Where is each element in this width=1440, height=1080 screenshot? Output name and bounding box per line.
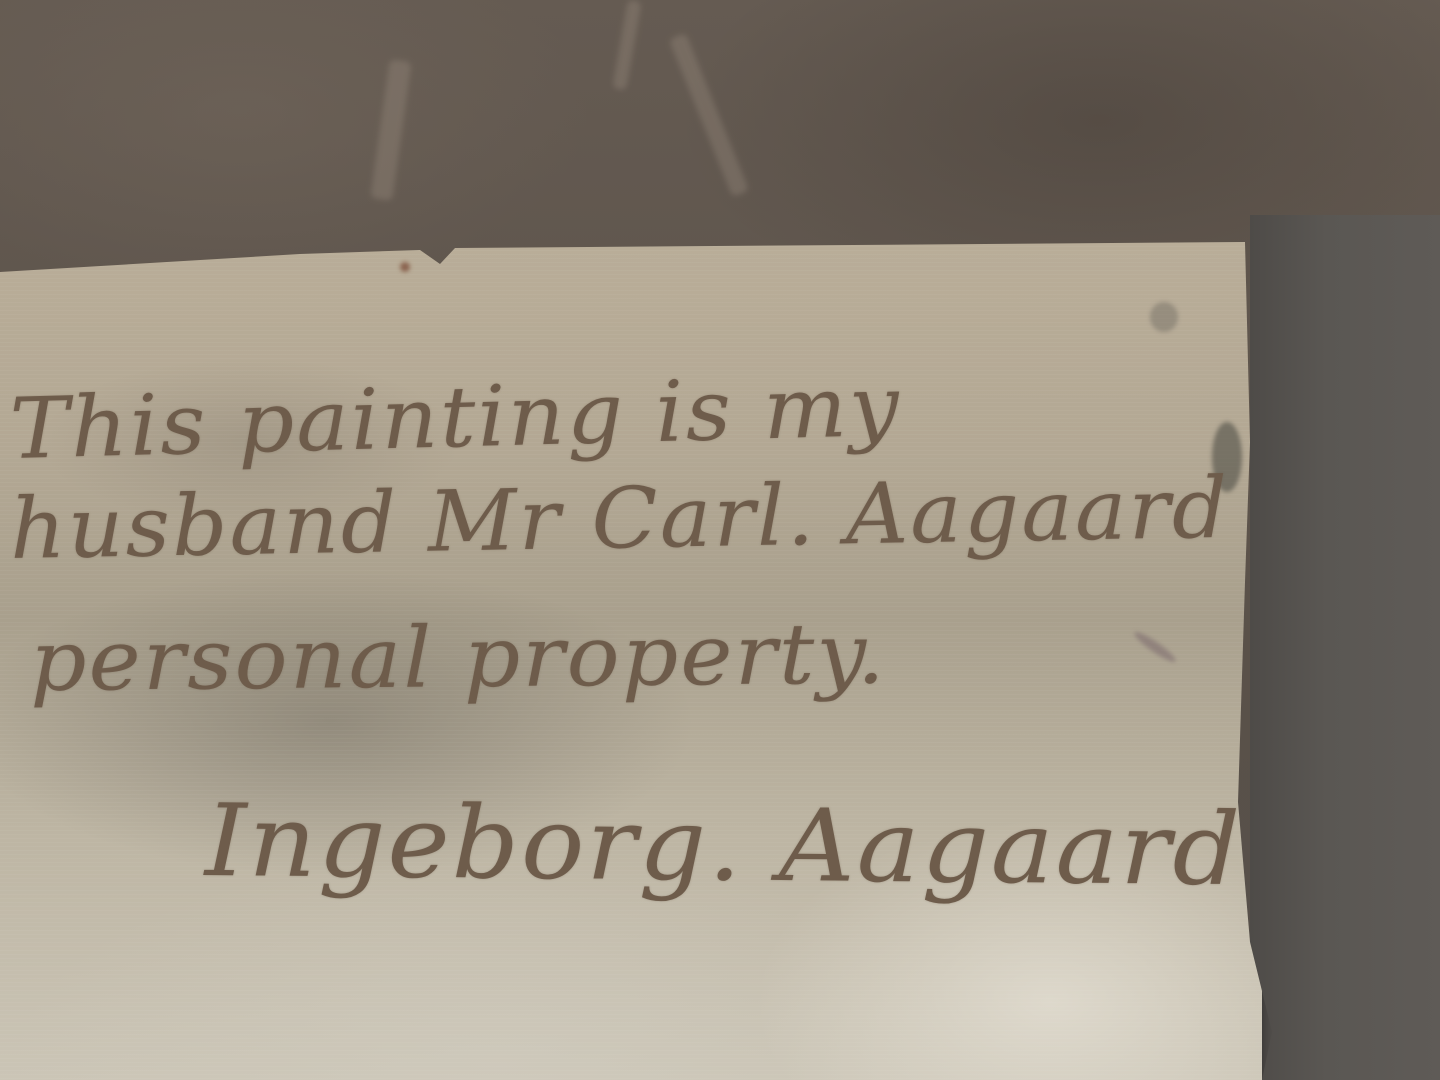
cardboard-scratch <box>612 0 641 91</box>
note-line-1: This painting is my <box>9 357 902 478</box>
signature: Ingeborg. Aagaard <box>204 782 1242 908</box>
ink-mark <box>1132 629 1179 666</box>
cardboard-scratch <box>370 59 411 201</box>
rust-spot <box>400 262 410 272</box>
photograph: This painting is my husband Mr Carl. Aag… <box>0 0 1440 1080</box>
backing-board <box>1250 215 1440 1080</box>
cardboard-scratch <box>669 33 749 197</box>
note-line-3: personal property. <box>30 605 888 710</box>
ink-stain <box>1150 302 1178 332</box>
paper-note: This painting is my husband Mr Carl. Aag… <box>0 242 1262 1080</box>
note-line-2: husband Mr Carl. Aagaard <box>9 459 1230 578</box>
